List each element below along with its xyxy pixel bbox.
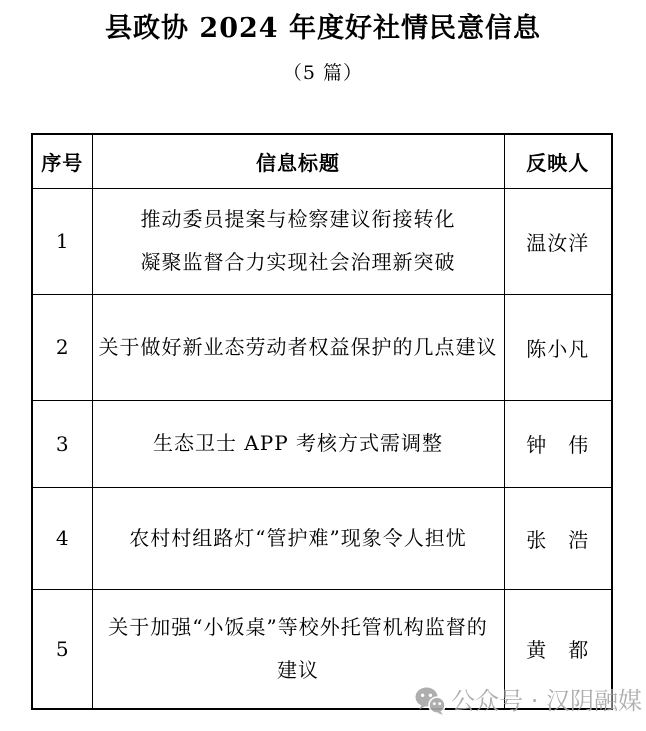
info-title: 关于做好新业态劳动者权益保护的几点建议 — [92, 294, 504, 400]
page-subtitle: （5 篇） — [0, 61, 646, 85]
table-row: 5 关于加强“小饭桌”等校外托管机构监督的 建议 黄 都 — [32, 589, 612, 709]
document-page: 县政协 2024 年度好社情民意信息 （5 篇） 序号 信息标题 反映人 1 推… — [0, 0, 646, 731]
info-table: 序号 信息标题 反映人 1 推动委员提案与检察建议衔接转化 凝聚监督合力实现社会… — [31, 133, 613, 710]
row-number: 2 — [32, 294, 92, 400]
info-title: 农村村组路灯“管护难”现象令人担忧 — [92, 487, 504, 589]
page-title: 县政协 2024 年度好社情民意信息 — [0, 12, 646, 46]
reporter-name: 黄 都 — [504, 589, 612, 709]
info-title: 生态卫士 APP 考核方式需调整 — [92, 400, 504, 487]
table-header-row: 序号 信息标题 反映人 — [32, 134, 612, 188]
reporter-name: 钟 伟 — [504, 400, 612, 487]
reporter-name: 陈小凡 — [504, 294, 612, 400]
table-row: 3 生态卫士 APP 考核方式需调整 钟 伟 — [32, 400, 612, 487]
col-header-title: 信息标题 — [92, 134, 504, 188]
info-title: 关于加强“小饭桌”等校外托管机构监督的 建议 — [92, 589, 504, 709]
col-header-seq: 序号 — [32, 134, 92, 188]
col-header-reporter: 反映人 — [504, 134, 612, 188]
info-title: 推动委员提案与检察建议衔接转化 凝聚监督合力实现社会治理新突破 — [92, 188, 504, 294]
reporter-name: 温汝洋 — [504, 188, 612, 294]
table-row: 1 推动委员提案与检察建议衔接转化 凝聚监督合力实现社会治理新突破 温汝洋 — [32, 188, 612, 294]
row-number: 4 — [32, 487, 92, 589]
table-row: 4 农村村组路灯“管护难”现象令人担忧 张 浩 — [32, 487, 612, 589]
row-number: 3 — [32, 400, 92, 487]
table-row: 2 关于做好新业态劳动者权益保护的几点建议 陈小凡 — [32, 294, 612, 400]
row-number: 5 — [32, 589, 92, 709]
row-number: 1 — [32, 188, 92, 294]
reporter-name: 张 浩 — [504, 487, 612, 589]
